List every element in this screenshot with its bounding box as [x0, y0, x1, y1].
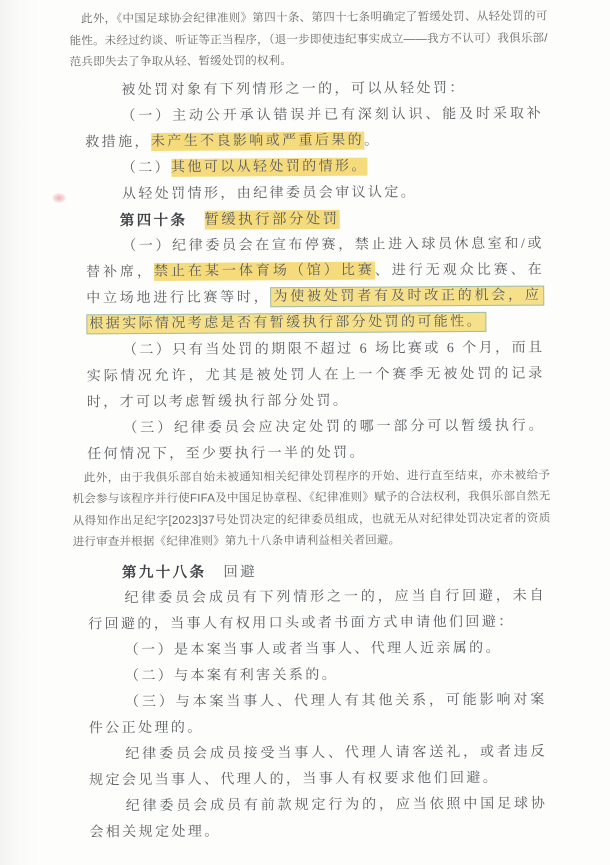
text-segment: （二）: [122, 160, 171, 175]
text-segment: 此外，《中国足球协会纪律准则》第四十条、第四十七条明确定了暂缓处罚、从轻处罚的可…: [70, 11, 548, 69]
para-lenient-decide: 从轻处罚情形，由纪律委员会审议认定。: [86, 179, 544, 208]
para-98-handling: 纪律委员会成员有前款规定行为的，应当依照中国足球协会相关规定处理。: [89, 791, 547, 846]
text-segment: 纪律委员会成员有前款规定行为的，应当依照中国足球协会相关规定处理。: [89, 796, 547, 840]
heading-article-98: 第九十八条 回避: [88, 557, 546, 586]
commentary-possibility: 此外，《中国足球协会纪律准则》第四十条、第四十七条明确定了暂缓处罚、从轻处罚的可…: [69, 7, 547, 74]
text-segment: 纪律委员会成员有下列情形之一的，应当自行回避，未自行回避的，当事人有权用口头或者…: [88, 588, 546, 632]
para-98-item-2: （二）与本案有利害关系的。: [88, 661, 546, 690]
text-segment: 纪律委员会成员接受当事人、代理人请客送礼，或者违反规定会见当事人、代理人的，当事…: [89, 744, 547, 788]
highlighted-text: 禁止在某一体育场（馆）比赛: [154, 262, 375, 281]
text-segment: （二）与本案有利害关系的。: [125, 667, 338, 683]
para-98-item-3: （三）与本案当事人、代理人有其他关系，可能影响对案件公正处理的。: [89, 687, 547, 742]
text-segment: 回避: [223, 564, 257, 580]
text-segment: 被处罚对象有下列情形之一的，可以从轻处罚：: [121, 81, 465, 98]
para-lenient-item-1: （一）主动公开承认错误并已有深刻认识、能及时采取补救措施，未产生不良影响或严重后…: [85, 101, 543, 156]
text-segment: [206, 564, 223, 580]
para-lenient-intro: 被处罚对象有下列情形之一的，可以从轻处罚：: [85, 75, 543, 104]
para-40-item-3: （三）纪律委员会应决定处罚的哪一部分可以暂缓执行。任何情况下，至少要执行一半的处…: [87, 413, 545, 468]
para-98-gifts: 纪律委员会成员接受当事人、代理人请客送礼，或者违反规定会见当事人、代理人的，当事…: [89, 739, 547, 794]
text-segment: [187, 212, 204, 228]
text-segment: 此外，由于我俱乐部自始未被通知相关纪律处罚程序的开始、进行直至结束，亦未被给予机…: [72, 469, 550, 548]
document-page: 此外，《中国足球协会纪律准则》第四十条、第四十七条明确定了暂缓处罚、从轻处罚的可…: [69, 7, 552, 846]
highlighted-text: 未产生不良影响或严重后果的: [151, 132, 364, 151]
commentary-top-slot: 此外，《中国足球协会纪律准则》第四十条、第四十七条明确定了暂缓处罚、从轻处罚的可…: [69, 7, 547, 74]
heading-article-40: 第四十条 暂缓执行部分处罚: [86, 205, 544, 234]
para-40-item-2: （二）只有当处罚的期限不超过 6 场比赛或 6 个月，而且实际情况允许，尤其是被…: [86, 335, 544, 416]
para-98-intro: 纪律委员会成员有下列情形之一的，应当自行回避，未自行回避的，当事人有权用口头或者…: [88, 583, 546, 638]
article-number: 第四十条: [120, 212, 188, 228]
text-segment: （三）纪律委员会应决定处罚的哪一部分可以暂缓执行。任何情况下，至少要执行一半的处…: [87, 418, 545, 462]
text-segment: 从轻处罚情形，由纪律委员会审议认定。: [122, 185, 417, 202]
commentary-procedure: 此外，由于我俱乐部自始未被通知相关纪律处罚程序的开始、进行直至结束，亦未被给予机…: [72, 465, 551, 554]
para-lenient-item-2: （二）其他可以从轻处罚的情形。: [85, 153, 543, 182]
highlighted-text: 其他可以从轻处罚的情形。: [171, 158, 368, 177]
text-segment: （三）与本案当事人、代理人有其他关系，可能影响对案件公正处理的。: [89, 692, 547, 736]
text-segment: 。: [364, 133, 380, 148]
text-segment: （一）是本案当事人或者当事人、代理人近亲属的。: [125, 640, 502, 657]
article-40-section: 被处罚对象有下列情形之一的，可以从轻处罚：（一）主动公开承认错误并已有深刻认识、…: [85, 75, 545, 468]
highlighted-text: 暂缓执行部分处罚: [204, 210, 339, 230]
para-40-item-1: （一）纪律委员会在宣布停赛，禁止进入球员休息室和/或替补席，禁止在某一体育场（馆…: [86, 231, 545, 338]
commentary-mid-slot: 此外，由于我俱乐部自始未被通知相关纪律处罚程序的开始、进行直至结束，亦未被给予机…: [72, 465, 551, 554]
article-number: 第九十八条: [122, 564, 207, 581]
para-98-item-1: （一）是本案当事人或者当事人、代理人近亲属的。: [88, 635, 546, 664]
text-segment: （二）只有当处罚的期限不超过 6 场比赛或 6 个月，而且实际情况允许，尤其是被…: [87, 340, 545, 410]
article-98-section: 第九十八条 回避纪律委员会成员有下列情形之一的，应当自行回避，未自行回避的，当事…: [88, 557, 548, 846]
